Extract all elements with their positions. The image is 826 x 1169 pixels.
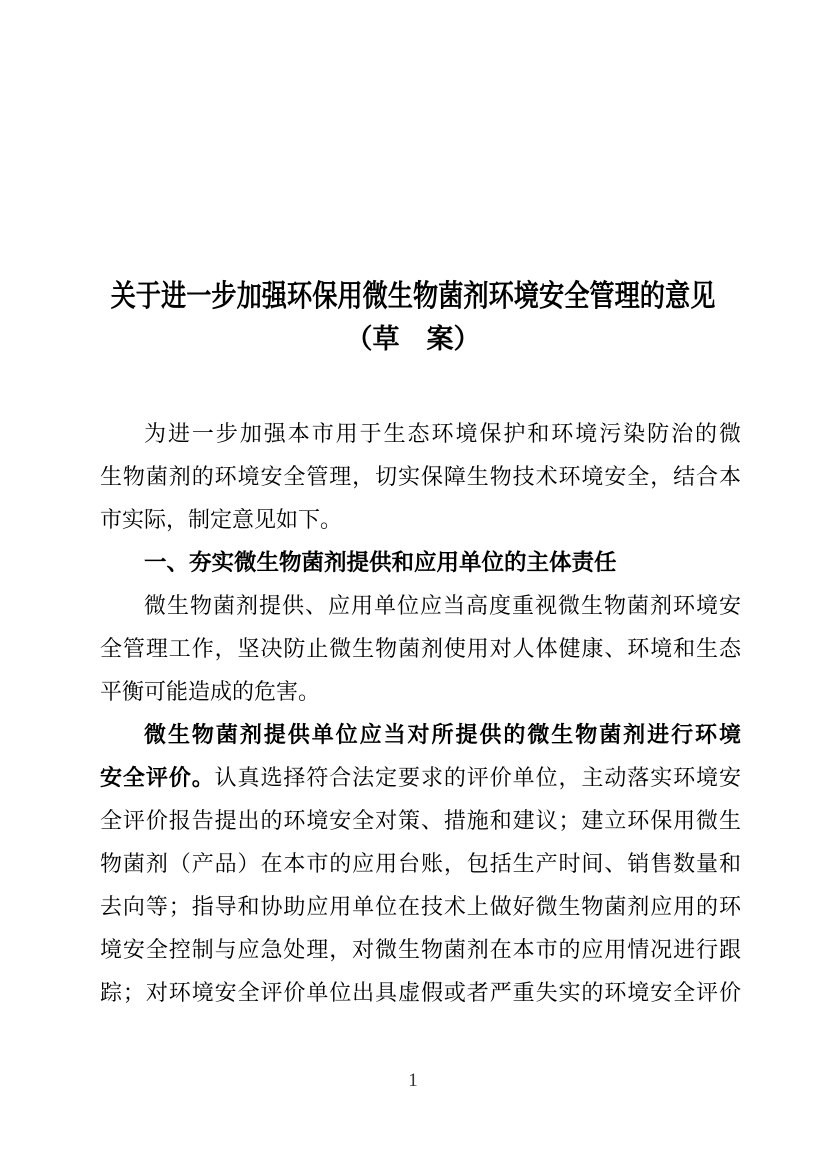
text-segment: 境安全控制与应急处理，对微生物菌剂在本市的应用情况进行跟 (100, 937, 741, 962)
text-segment: 认真选择符合法定要求的评价单位，主动落实环境安 (215, 765, 741, 790)
text-segment: 市实际，制定意见如下。 (100, 507, 342, 532)
text-line: 平衡可能造成的危害。 (100, 670, 741, 713)
page-number: 1 (0, 1068, 826, 1094)
text-segment: 踪；对环境安全评价单位出具虚假或者严重失实的环境安全评价 (100, 980, 741, 1005)
text-line: 去向等；指导和协助应用单位在技术上做好微生物菌剂应用的环 (100, 885, 741, 928)
text-line: 境安全控制与应急处理，对微生物菌剂在本市的应用情况进行跟 (100, 928, 741, 971)
bold-text-segment: 微生物菌剂提供单位应当对所提供的微生物菌剂进行环境 (144, 722, 741, 747)
text-line: 微生物菌剂提供单位应当对所提供的微生物菌剂进行环境 (100, 713, 741, 756)
text-line: 物菌剂（产品）在本市的应用台账，包括生产时间、销售数量和 (100, 842, 741, 885)
text-line: 微生物菌剂提供、应用单位应当高度重视微生物菌剂环境安 (100, 584, 741, 627)
text-line: 全管理工作，坚决防止微生物菌剂使用对人体健康、环境和生态 (100, 627, 741, 670)
text-line: 市实际，制定意见如下。 (100, 498, 741, 541)
text-line: 安全评价。认真选择符合法定要求的评价单位，主动落实环境安 (100, 756, 741, 799)
text-line: 踪；对环境安全评价单位出具虚假或者严重失实的环境安全评价 (100, 971, 741, 1014)
text-line: 全评价报告提出的环境安全对策、措施和建议；建立环保用微生 (100, 799, 741, 842)
document-page: 关于进一步加强环保用微生物菌剂环境安全管理的意见 （草 案） 为进一步加强本市用… (0, 0, 826, 1169)
document-body: 为进一步加强本市用于生态环境保护和环境污染防治的微生物菌剂的环境安全管理，切实保… (0, 412, 826, 1014)
section-heading: 一、夯实微生物菌剂提供和应用单位的主体责任 (100, 541, 741, 584)
text-segment: 全评价报告提出的环境安全对策、措施和建议；建立环保用微生 (100, 808, 741, 833)
document-title: 关于进一步加强环保用微生物菌剂环境安全管理的意见 (66, 276, 760, 318)
text-segment: 微生物菌剂提供、应用单位应当高度重视微生物菌剂环境安 (144, 593, 741, 618)
text-segment: 去向等；指导和协助应用单位在技术上做好微生物菌剂应用的环 (100, 894, 741, 919)
text-line: 为进一步加强本市用于生态环境保护和环境污染防治的微 (100, 412, 741, 455)
text-segment: 为进一步加强本市用于生态环境保护和环境污染防治的微 (144, 421, 741, 446)
text-segment: 平衡可能造成的危害。 (100, 679, 320, 704)
text-segment: 全管理工作，坚决防止微生物菌剂使用对人体健康、环境和生态 (100, 636, 741, 661)
bold-text-segment: 安全评价。 (100, 765, 215, 790)
text-line: 生物菌剂的环境安全管理，切实保障生物技术环境安全，结合本 (100, 455, 741, 498)
bold-text-segment: 一、夯实微生物菌剂提供和应用单位的主体责任 (144, 550, 617, 575)
document-subtitle: （草 案） (0, 320, 826, 358)
text-segment: 生物菌剂的环境安全管理，切实保障生物技术环境安全，结合本 (100, 464, 741, 489)
text-segment: 物菌剂（产品）在本市的应用台账，包括生产时间、销售数量和 (100, 851, 741, 876)
